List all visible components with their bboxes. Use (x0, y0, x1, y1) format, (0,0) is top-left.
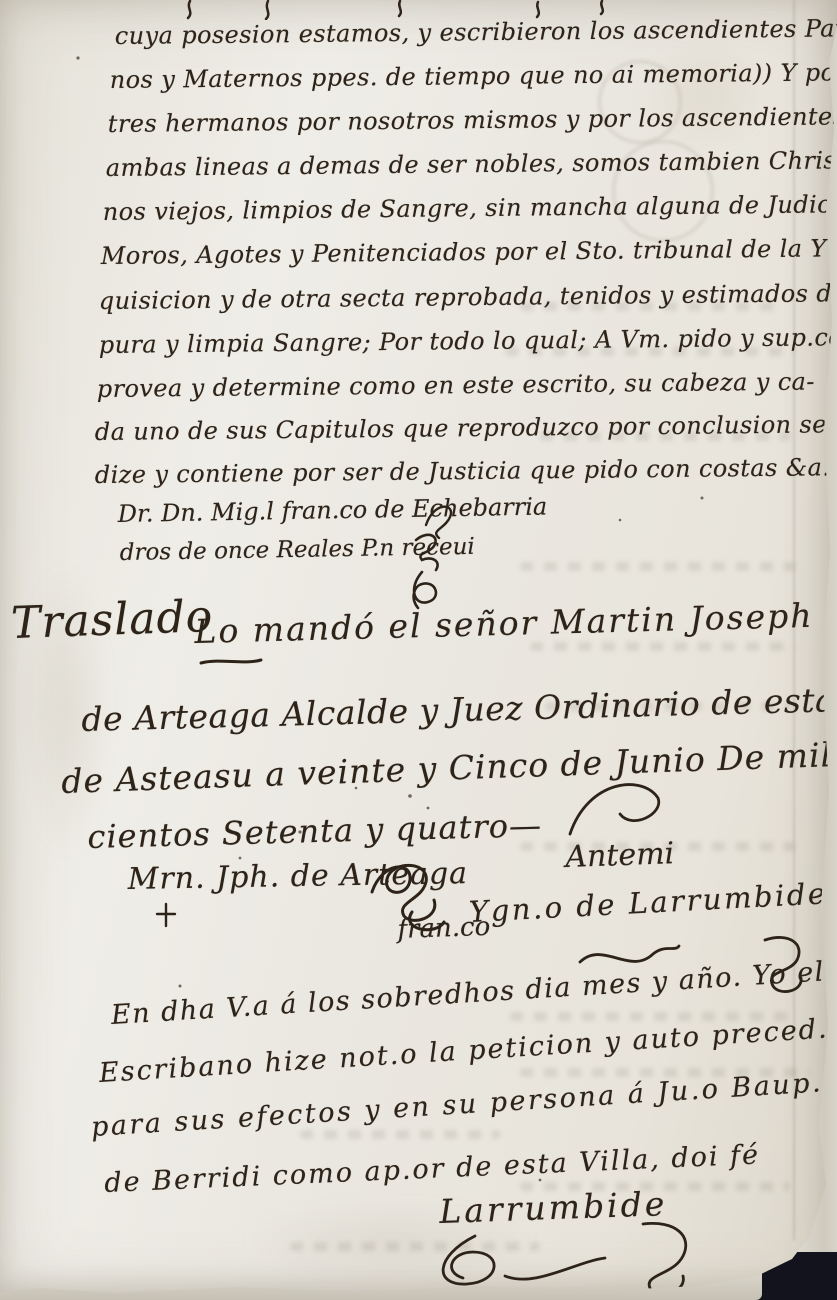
manuscript-page: cuya posesion estamos, y escribieron los… (0, 0, 837, 1300)
ink-specks (0, 0, 837, 1300)
scan-background: cuya posesion estamos, y escribieron los… (0, 0, 837, 1300)
